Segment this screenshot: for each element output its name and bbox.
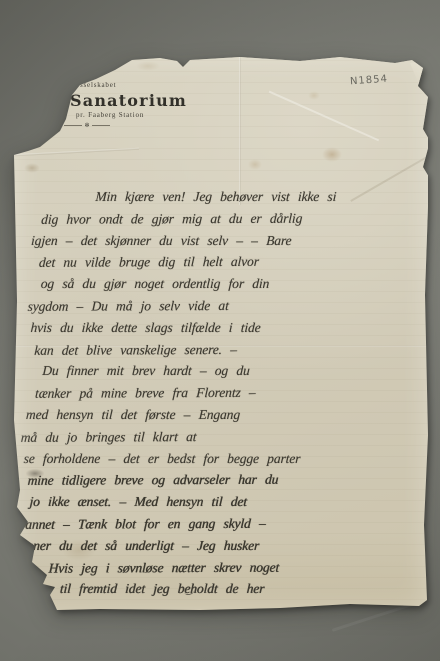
handwriting-line: med hensyn til det første – Engang <box>25 404 404 426</box>
photo-background: sselskabet Sanatorium pr. Faaberg Statio… <box>0 0 440 661</box>
paper-shadow-wrap: sselskabet Sanatorium pr. Faaberg Statio… <box>0 0 440 661</box>
letterhead-divider: ✻ <box>64 122 110 129</box>
handwriting-line: Du finner mit brev hardt – og du <box>42 360 407 382</box>
handwritten-letter-body: Min kjære ven! Jeg behøver vist ikke sid… <box>10 186 416 600</box>
handwriting-line: hvis du ikke dette slags tilfælde i tide <box>30 317 409 339</box>
handwriting-line: jo ikke ænset. – Med hensyn til det <box>29 491 400 513</box>
handwriting-line: må du jo bringes til klart at <box>20 425 403 448</box>
crease-line <box>14 148 139 157</box>
handwriting-line: dere. Hvis jeg i søvnløse nætter skrev n… <box>13 556 396 579</box>
letterhead-company-line: sselskabet <box>80 81 187 89</box>
handwriting-line: bringe til fremtid idet jeg beholdt de h… <box>16 578 395 600</box>
handwriting-line: kan det blive vanskelige senere. – <box>34 338 408 361</box>
handwriting-line: Min kjære ven! Jeg behøver vist ikke si <box>95 186 416 208</box>
ornament-icon: ✻ <box>82 122 91 129</box>
stain <box>24 163 40 173</box>
crease-line <box>269 91 379 141</box>
letterhead-address-line: pr. Faaberg Station <box>76 111 187 119</box>
letterhead-sanatorium-name: Sanatorium <box>70 91 187 110</box>
handwriting-line: det nu vilde bruge dig til helt alvor <box>38 251 412 274</box>
torn-letter-paper: sselskabet Sanatorium pr. Faaberg Statio… <box>14 55 428 611</box>
handwriting-line: annet – Tænk blot for en gang skyld – <box>25 512 399 535</box>
stain <box>308 91 320 100</box>
archive-number-pencil: N1854 <box>350 74 389 88</box>
handwriting-line: tænker på mine breve fra Florentz – <box>35 381 406 404</box>
crease-line <box>239 55 241 205</box>
stain <box>322 147 342 162</box>
handwriting-line: igjen – det skjønner du vist selv – – Ba… <box>31 230 414 252</box>
handwriting-line: sygdom – Du må jo selv vide at <box>27 294 410 317</box>
handwriting-line: se forholdene – det er bedst for begge p… <box>23 448 402 470</box>
letterhead: sselskabet Sanatorium pr. Faaberg Statio… <box>66 81 187 129</box>
folded-corner <box>406 59 430 99</box>
handwriting-line: og så du gjør noget ordentlig for din <box>40 273 411 295</box>
stain <box>136 61 160 71</box>
handwriting-line: mine tidligere breve og advarseler har d… <box>27 469 401 492</box>
stain <box>248 159 262 170</box>
handwriting-line: dig hvor ondt de gjør mig at du er dårli… <box>41 207 415 230</box>
handwriting-line: finner du det så underligt – Jeg husker <box>19 535 398 557</box>
